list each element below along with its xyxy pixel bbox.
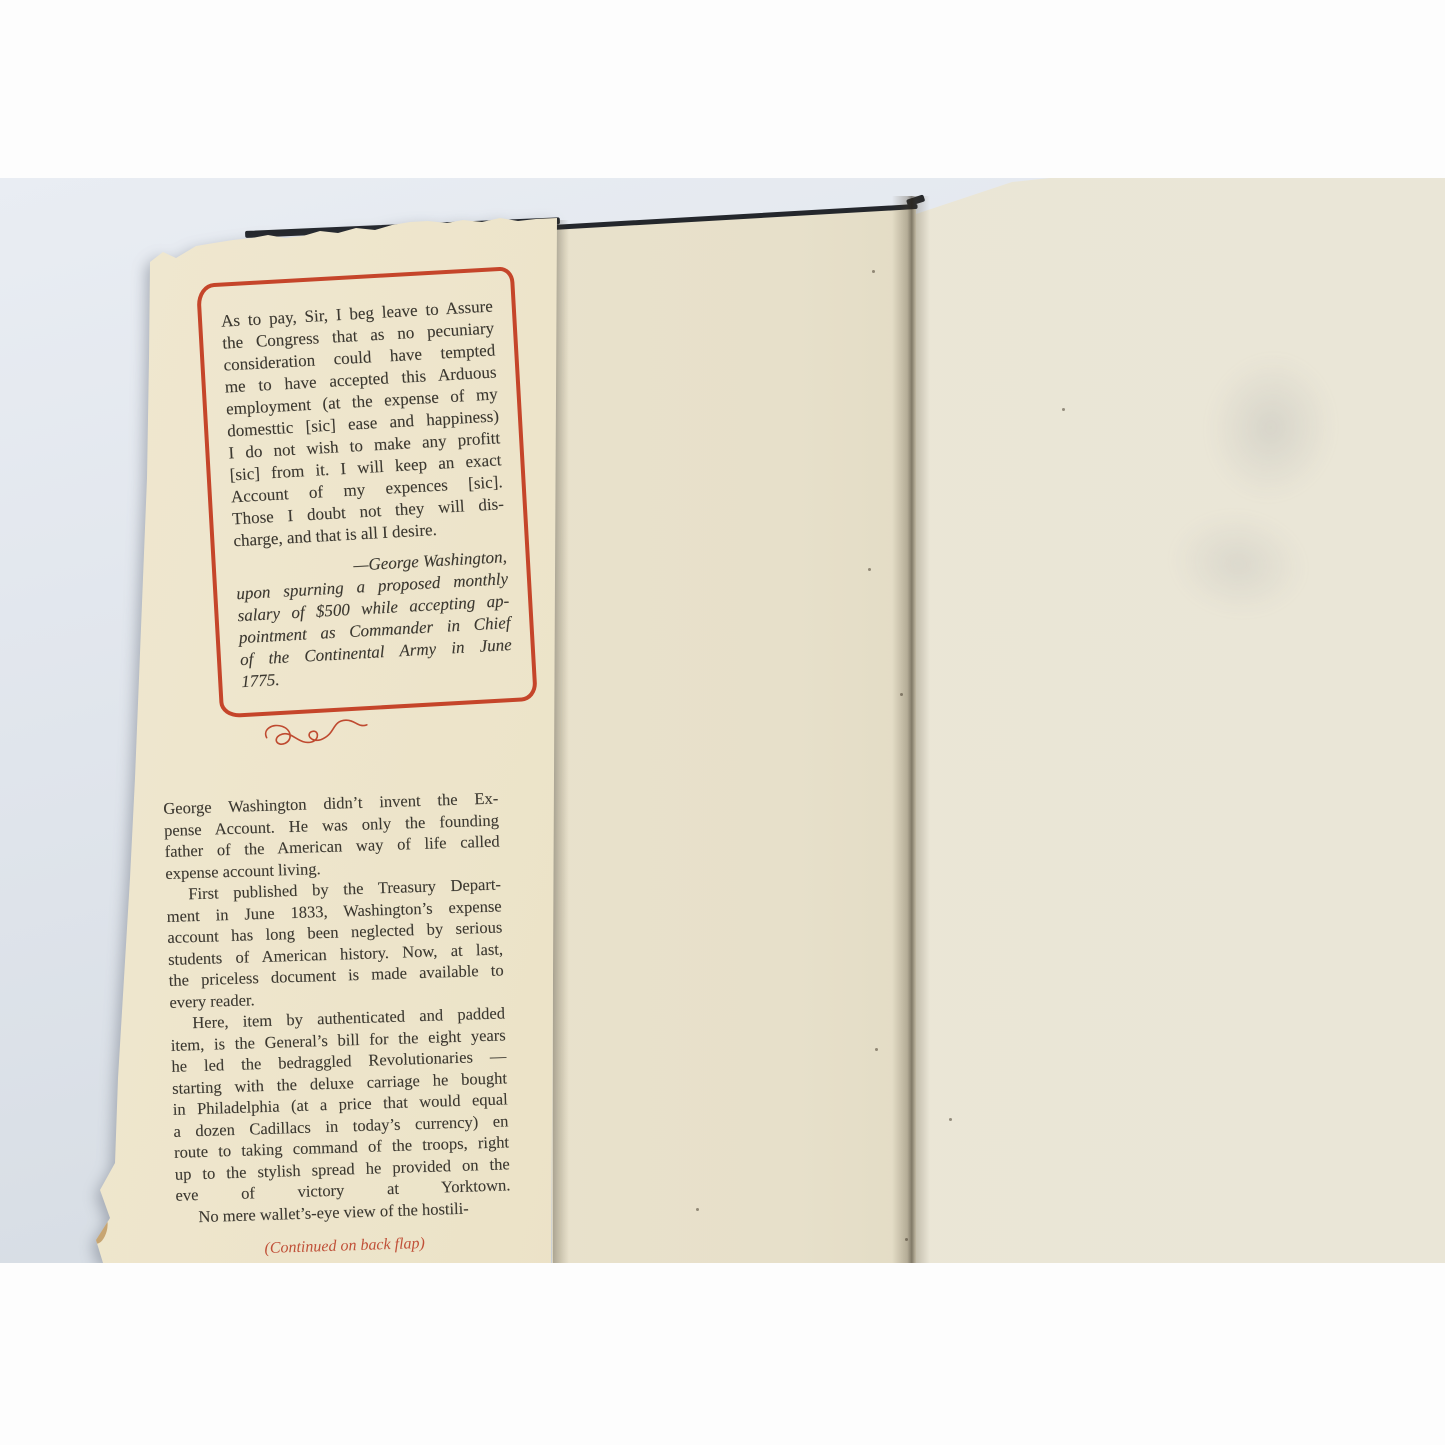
paragraph: Here, item by authenticated and paddedit…	[170, 1002, 512, 1227]
photo-backdrop: As to pay, Sir, I beg leave to Assurethe…	[0, 178, 1445, 1263]
paragraph: George Washington didn’t invent the Ex-p…	[163, 787, 501, 883]
quote-attribution: —George Washington,upon spurning a propo…	[235, 546, 514, 693]
flap-description: George Washington didn’t invent the Ex-p…	[163, 787, 512, 1260]
dust-jacket-front-flap: As to pay, Sir, I beg leave to Assurethe…	[0, 178, 1445, 1263]
quote-box: As to pay, Sir, I beg leave to Assurethe…	[196, 266, 538, 718]
continued-note: (Continued on back flap)	[177, 1232, 512, 1261]
torn-edge-chip	[89, 1213, 111, 1246]
flap-paragraphs: George Washington didn’t invent the Ex-p…	[163, 787, 511, 1227]
paragraph: First published by the Treasury Depart-m…	[166, 873, 505, 1012]
product-photo-page: As to pay, Sir, I beg leave to Assurethe…	[0, 0, 1445, 1445]
dust-jacket-flap-wrap: As to pay, Sir, I beg leave to Assurethe…	[0, 178, 1445, 1263]
calligraphic-flourish-icon	[259, 709, 375, 763]
quote-text: As to pay, Sir, I beg leave to Assurethe…	[221, 295, 506, 552]
